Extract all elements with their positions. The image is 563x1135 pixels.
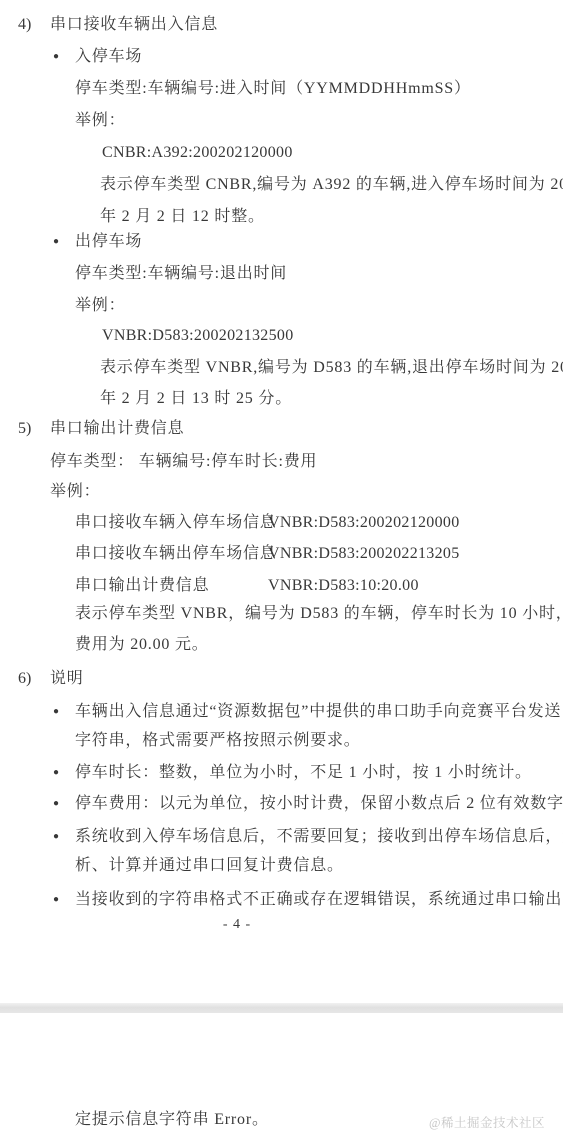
bullet-icon: ● — [53, 763, 75, 783]
bullet-icon: ● — [53, 890, 75, 910]
billing-example-row-label: 串口接收车辆入停车场信息 — [75, 513, 268, 533]
billing-example-row-value: VNBR:D583:10:20.00 — [268, 577, 419, 594]
section4-heading: 4)串口接收车辆出入信息 — [18, 15, 218, 35]
page-number: - 4 - — [0, 915, 474, 935]
billing-explain-line1: 表示停车类型 VNBR，编号为 D583 的车辆，停车时长为 10 小时，停车 — [75, 604, 563, 624]
section4-title: 串口接收车辆出入信息 — [50, 16, 218, 33]
exit-explain-line1: 表示停车类型 VNBR,编号为 D583 的车辆,退出停车场时间为 2020 — [100, 358, 563, 378]
billing-example-row-label: 串口接收车辆出停车场信息 — [75, 544, 268, 564]
bullet-icon: ● — [53, 794, 75, 814]
note-bullet: ●系统收到入停车场信息后，不需要回复；接收到出停车场信息后，解 — [53, 827, 563, 847]
exit-parking-label: 出停车场 — [75, 233, 142, 250]
note-text: 车辆出入信息通过“资源数据包”中提供的串口助手向竞赛平台发送 — [75, 703, 561, 720]
bullet-icon: ● — [53, 47, 75, 67]
note-text-continuation: 字符串，格式需要严格按照示例要求。 — [75, 731, 361, 751]
billing-example-label: 举例： — [50, 482, 100, 502]
note-text: 停车费用：以元为单位，按小时计费，保留小数点后 2 位有效数字。 — [75, 795, 563, 812]
page-break-divider — [0, 1003, 563, 1013]
enter-parking-bullet: ●入停车场 — [53, 47, 142, 67]
exit-example-code: VNBR:D583:200202132500 — [102, 326, 294, 346]
enter-explain-line1: 表示停车类型 CNBR,编号为 A392 的车辆,进入停车场时间为 2020 — [100, 175, 563, 195]
note-bullet: ●停车费用：以元为单位，按小时计费，保留小数点后 2 位有效数字。 — [53, 794, 563, 814]
section5-number: 5) — [18, 419, 50, 439]
billing-example-row: 串口接收车辆入停车场信息VNBR:D583:200202120000 — [75, 513, 460, 533]
enter-example-code: CNBR:A392:200202120000 — [102, 143, 293, 163]
exit-explain-line2: 年 2 月 2 日 13 时 25 分。 — [100, 389, 292, 409]
section5-heading: 5)串口输出计费信息 — [18, 419, 184, 439]
exit-parking-bullet: ●出停车场 — [53, 232, 142, 252]
billing-format-line: 停车类型： 车辆编号:停车时长:费用 — [50, 452, 317, 472]
exit-format-line: 停车类型:车辆编号:退出时间 — [75, 264, 287, 284]
note-text: 停车时长：整数，单位为小时，不足 1 小时，按 1 小时统计。 — [75, 764, 532, 781]
section4-number: 4) — [18, 15, 50, 35]
enter-example-label: 举例： — [75, 111, 125, 131]
enter-explain-line2: 年 2 月 2 日 12 时整。 — [100, 207, 265, 227]
bullet-icon: ● — [53, 702, 75, 722]
note-bullet: ●当接收到的字符串格式不正确或存在逻辑错误，系统通过串口输出固 — [53, 890, 563, 910]
billing-example-row-label: 串口输出计费信息 — [75, 576, 268, 596]
document-page: 4)串口接收车辆出入信息 ●入停车场 停车类型:车辆编号:进入时间（YYMMDD… — [0, 0, 563, 1135]
billing-example-row-value: VNBR:D583:200202213205 — [268, 545, 460, 562]
note-bullet: ●车辆出入信息通过“资源数据包”中提供的串口助手向竞赛平台发送 — [53, 702, 561, 722]
enter-format-line: 停车类型:车辆编号:进入时间（YYMMDDHHmmSS） — [75, 79, 471, 99]
next-page-first-line: 定提示信息字符串 Error。 — [75, 1110, 269, 1130]
section5-title: 串口输出计费信息 — [50, 420, 184, 437]
exit-example-label: 举例： — [75, 296, 125, 316]
section6-number: 6) — [18, 669, 50, 689]
note-text: 系统收到入停车场信息后，不需要回复；接收到出停车场信息后，解 — [75, 828, 563, 845]
enter-parking-label: 入停车场 — [75, 48, 142, 65]
billing-example-row: 串口输出计费信息VNBR:D583:10:20.00 — [75, 576, 419, 596]
section6-title: 说明 — [50, 670, 84, 687]
section6-heading: 6)说明 — [18, 669, 84, 689]
note-text: 当接收到的字符串格式不正确或存在逻辑错误，系统通过串口输出固 — [75, 891, 563, 908]
note-bullet: ●停车时长：整数，单位为小时，不足 1 小时，按 1 小时统计。 — [53, 763, 532, 783]
billing-example-row-value: VNBR:D583:200202120000 — [268, 514, 460, 531]
juejin-watermark: @稀土掘金技术社区 — [429, 1114, 545, 1132]
note-text-continuation: 析、计算并通过串口回复计费信息。 — [75, 856, 344, 876]
billing-explain-line2: 费用为 20.00 元。 — [75, 635, 209, 655]
bullet-icon: ● — [53, 232, 75, 252]
bullet-icon: ● — [53, 827, 75, 847]
billing-example-row: 串口接收车辆出停车场信息VNBR:D583:200202213205 — [75, 544, 460, 564]
